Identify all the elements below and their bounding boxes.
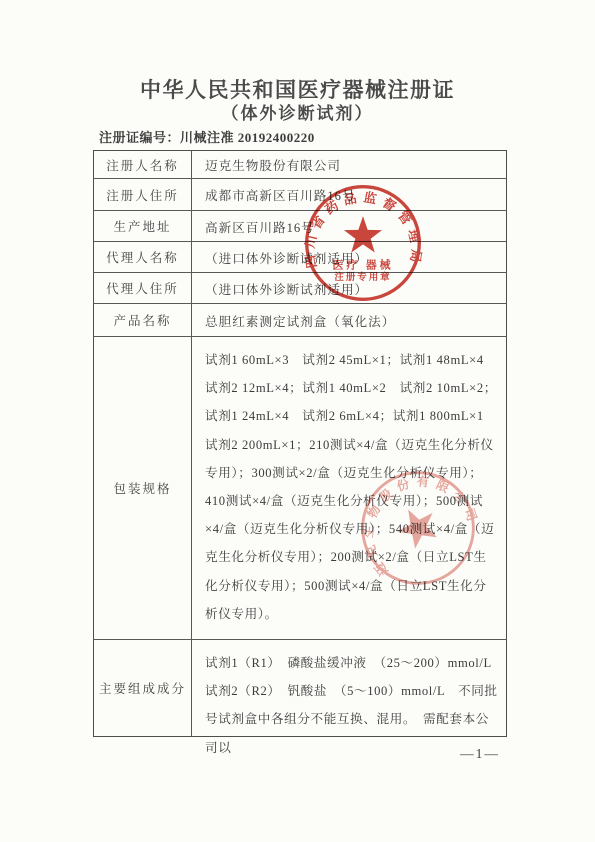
certificate-page: 中华人民共和国医疗器械注册证 （体外诊断试剂） 注册证编号：川械注准 20192… [0,0,595,842]
table-row-main-components: 主要组成成分 试剂1（R1） 磷酸盐缓冲液 （25～200）mmol/L 试剂2… [94,639,506,736]
reg-no-value: 川械注准 20192400220 [180,130,315,145]
row-label: 代理人住所 [94,273,192,303]
authority-seal-inner-line1: 医疗 器械 [333,258,394,272]
row-value: 总胆红素测定试剂盒（氧化法） [192,304,506,336]
certificate-subtitle: （体外诊断试剂） [0,99,595,124]
row-label: 代理人名称 [94,242,192,272]
row-label: 注册人住所 [94,179,192,210]
reg-no-label: 注册证编号： [99,130,180,145]
row-label: 生产地址 [94,211,192,241]
star-icon [344,216,382,252]
page-number: —1— [445,746,515,762]
authority-seal-stamp-icon: 四川省药品监督管理局 医疗 器械 注册专用章 [300,181,426,305]
star-icon [391,500,444,552]
table-row-product-name: 产品名称 总胆红素测定试剂盒（氧化法） [94,303,506,336]
row-value: 迈克生物股份有限公司 [192,151,506,178]
row-value: 试剂1（R1） 磷酸盐缓冲液 （25～200）mmol/L 试剂2（R2） 钒酸… [192,640,506,736]
authority-seal-inner-line2: 注册专用章 [334,271,391,283]
registration-number-line: 注册证编号：川械注准 20192400220 [99,127,315,146]
row-label: 主要组成成分 [94,640,192,736]
row-label: 产品名称 [94,304,192,336]
row-label: 注册人名称 [94,151,192,178]
row-label: 包装规格 [94,337,192,639]
table-row-registrant-name: 注册人名称 迈克生物股份有限公司 [94,151,506,178]
